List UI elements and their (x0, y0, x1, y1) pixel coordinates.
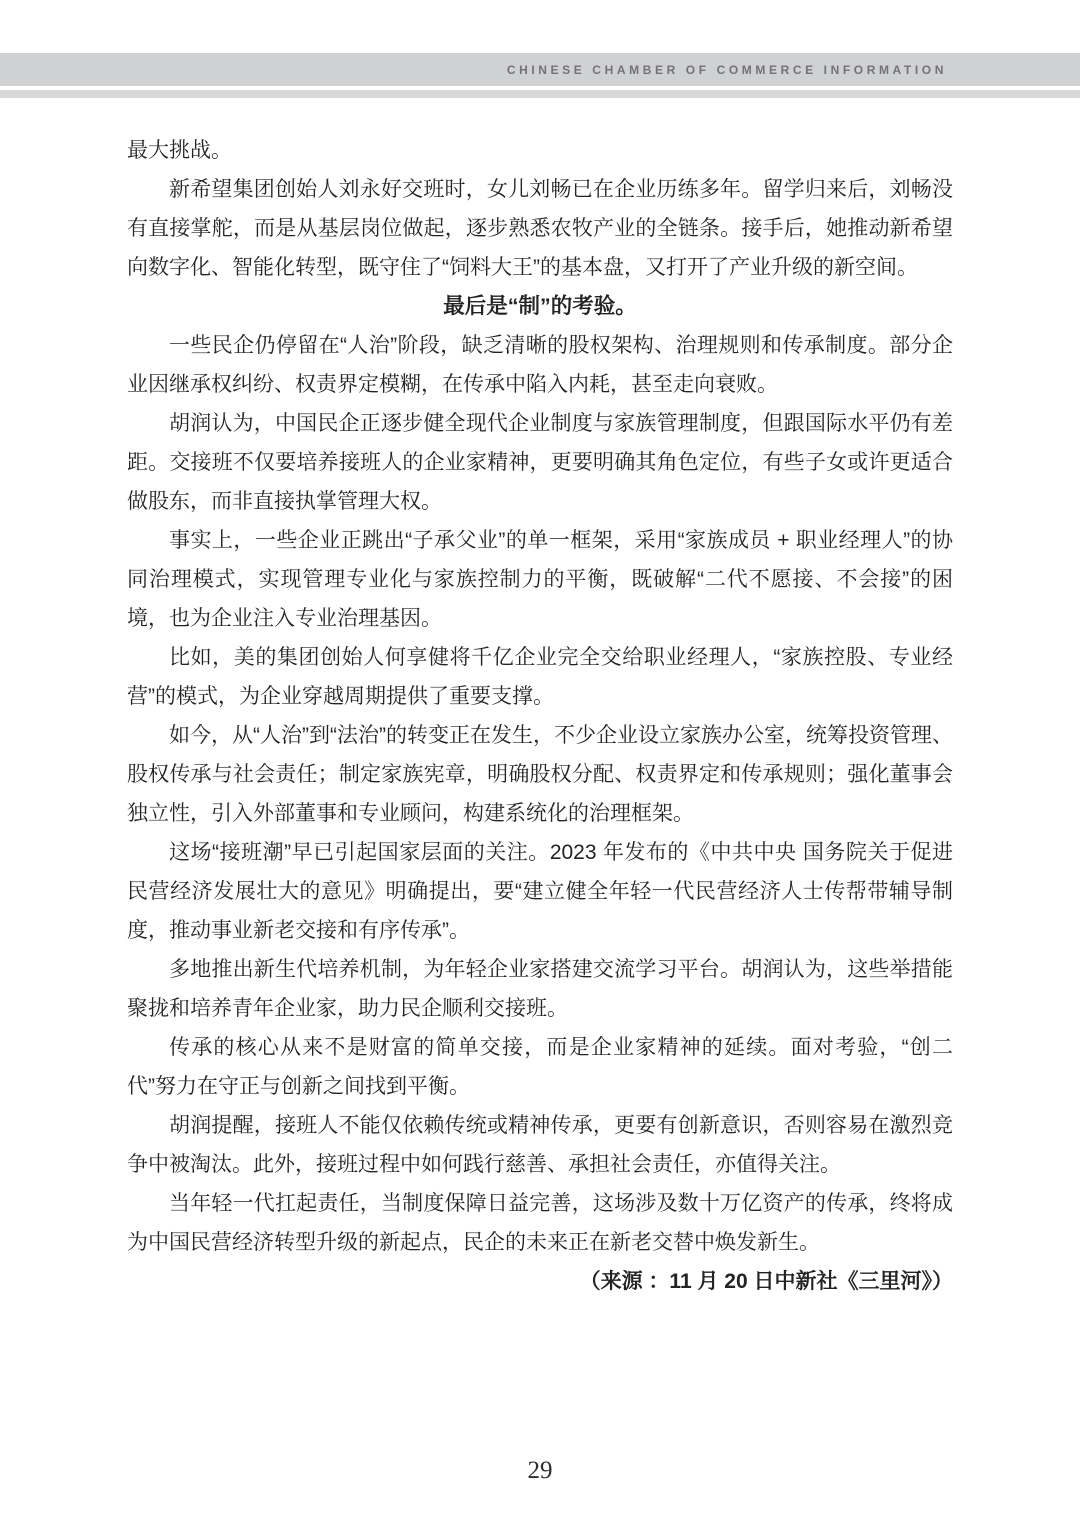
document-page: CHINESE CHAMBER OF COMMERCE INFORMATION … (0, 0, 1080, 1525)
paragraph: 一些民企仍停留在“人治”阶段，缺乏清晰的股权架构、治理规则和传承制度。部分企业因… (127, 326, 953, 404)
paragraph: 事实上，一些企业正跳出“子承父业”的单一框架，采用“家族成员 + 职业经理人”的… (127, 521, 953, 638)
paragraph: 传承的核心从来不是财富的简单交接，而是企业家精神的延续。面对考验，“创二代”努力… (127, 1028, 953, 1106)
header-banner-text: CHINESE CHAMBER OF COMMERCE INFORMATION (507, 63, 947, 77)
paragraph: 胡润认为，中国民企正逐步健全现代企业制度与家族管理制度，但跟国际水平仍有差距。交… (127, 404, 953, 521)
paragraph: 如今，从“人治”到“法治”的转变正在发生，不少企业设立家族办公室，统筹投资管理、… (127, 716, 953, 833)
paragraph-continuation: 最大挑战。 (127, 131, 953, 170)
article-body: 最大挑战。 新希望集团创始人刘永好交班时，女儿刘畅已在企业历练多年。留学归来后，… (127, 131, 953, 1301)
paragraph: 多地推出新生代培养机制，为年轻企业家搭建交流学习平台。胡润认为，这些举措能聚拢和… (127, 950, 953, 1028)
paragraph: 胡润提醒，接班人不能仅依赖传统或精神传承，更要有创新意识，否则容易在激烈竞争中被… (127, 1106, 953, 1184)
page-number: 29 (528, 1457, 553, 1484)
paragraph: 这场“接班潮”早已引起国家层面的关注。2023 年发布的《中共中央 国务院关于促… (127, 833, 953, 950)
section-heading: 最后是“制”的考验。 (127, 287, 953, 326)
header-band: CHINESE CHAMBER OF COMMERCE INFORMATION (0, 53, 1080, 86)
paragraph: 新希望集团创始人刘永好交班时，女儿刘畅已在企业历练多年。留学归来后，刘畅没有直接… (127, 170, 953, 287)
header-band-thin (0, 90, 1080, 98)
source-attribution: （来源 ：11 月 20 日中新社《三里河》） (127, 1262, 953, 1301)
page-footer: 29 (0, 1457, 1080, 1485)
paragraph: 当年轻一代扛起责任，当制度保障日益完善，这场涉及数十万亿资产的传承，终将成为中国… (127, 1184, 953, 1262)
paragraph: 比如，美的集团创始人何享健将千亿企业完全交给职业经理人，“家族控股、专业经营”的… (127, 638, 953, 716)
